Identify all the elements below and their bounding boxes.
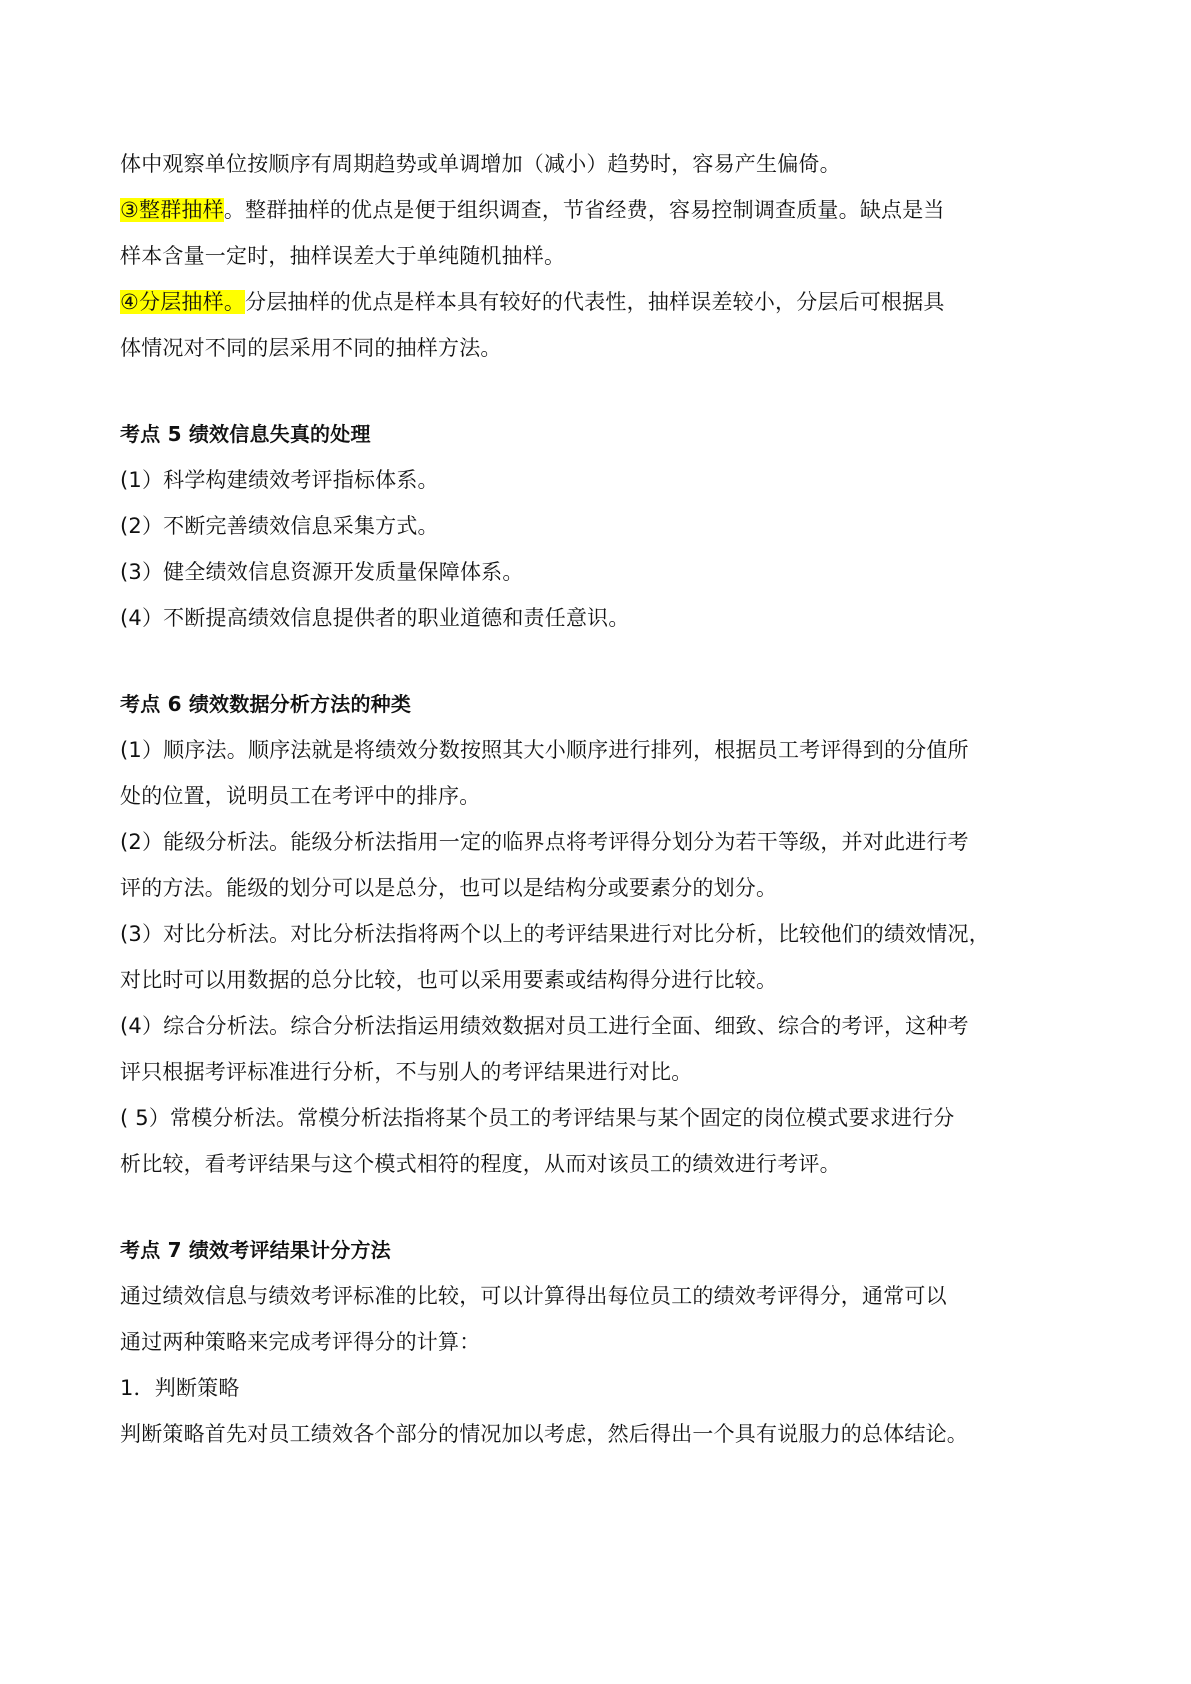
paragraph-line: 评只根据考评标准进行分析，不与别人的考评结果进行对比。: [120, 1058, 1080, 1104]
paragraph-line: 通过两种策略来完成考评得分的计算：: [120, 1328, 1080, 1374]
section-6-heading: 考点 6 绩效数据分析方法的种类: [120, 690, 1080, 736]
cluster-sampling-paragraph: ③整群抽样。整群抽样的优点是便于组织调查，节省经费，容易控制调查质量。缺点是当: [120, 196, 1080, 242]
highlighted-term: ④分层抽样。: [120, 290, 245, 314]
paragraph-text: 分层抽样的优点是样本具有较好的代表性，抽样误差较小，分层后可根据具: [245, 290, 945, 314]
section-7-heading: 考点 7 绩效考评结果计分方法: [120, 1236, 1080, 1282]
paragraph-line: 通过绩效信息与绩效考评标准的比较，可以计算得出每位员工的绩效考评得分，通常可以: [120, 1282, 1080, 1328]
paragraph-line: 体中观察单位按顺序有周期趋势或单调增加（减小）趋势时，容易产生偏倚。: [120, 150, 1080, 196]
list-item: (1）科学构建绩效考评指标体系。: [120, 466, 1080, 512]
paragraph-line: 判断策略首先对员工绩效各个部分的情况加以考虑，然后得出一个具有说服力的总体结论。: [120, 1420, 1080, 1466]
paragraph-line: 体情况对不同的层采用不同的抽样方法。: [120, 334, 1080, 380]
list-item: (2）不断完善绩效信息采集方式。: [120, 512, 1080, 558]
paragraph-line: 处的位置，说明员工在考评中的排序。: [120, 782, 1080, 828]
subheading: 1．判断策略: [120, 1374, 1080, 1420]
paragraph-line: 析比较，看考评结果与这个模式相符的程度，从而对该员工的绩效进行考评。: [120, 1150, 1080, 1196]
paragraph-line: (3）对比分析法。对比分析法指将两个以上的考评结果进行对比分析，比较他们的绩效情…: [120, 920, 1080, 966]
paragraph-text: 。整群抽样的优点是便于组织调查，节省经费，容易控制调查质量。缺点是当: [224, 198, 945, 222]
paragraph-line: ( 5）常模分析法。常模分析法指将某个员工的考评结果与某个固定的岗位模式要求进行…: [120, 1104, 1080, 1150]
paragraph-line: 对比时可以用数据的总分比较，也可以采用要素或结构得分进行比较。: [120, 966, 1080, 1012]
list-item: (3）健全绩效信息资源开发质量保障体系。: [120, 558, 1080, 604]
paragraph-line: (2）能级分析法。能级分析法指用一定的临界点将考评得分划分为若干等级，并对此进行…: [120, 828, 1080, 874]
paragraph-line: (4）综合分析法。综合分析法指运用绩效数据对员工进行全面、细致、综合的考评，这种…: [120, 1012, 1080, 1058]
highlighted-term: ③整群抽样: [120, 198, 224, 222]
document-page: 体中观察单位按顺序有周期趋势或单调增加（减小）趋势时，容易产生偏倚。 ③整群抽样…: [120, 150, 1080, 1466]
paragraph-line: (1）顺序法。顺序法就是将绩效分数按照其大小顺序进行排列，根据员工考评得到的分值…: [120, 736, 1080, 782]
paragraph-line: 评的方法。能级的划分可以是总分，也可以是结构分或要素分的划分。: [120, 874, 1080, 920]
list-item: (4）不断提高绩效信息提供者的职业道德和责任意识。: [120, 604, 1080, 650]
paragraph-line: 样本含量一定时，抽样误差大于单纯随机抽样。: [120, 242, 1080, 288]
section-5-heading: 考点 5 绩效信息失真的处理: [120, 420, 1080, 466]
stratified-sampling-paragraph: ④分层抽样。分层抽样的优点是样本具有较好的代表性，抽样误差较小，分层后可根据具: [120, 288, 1080, 334]
